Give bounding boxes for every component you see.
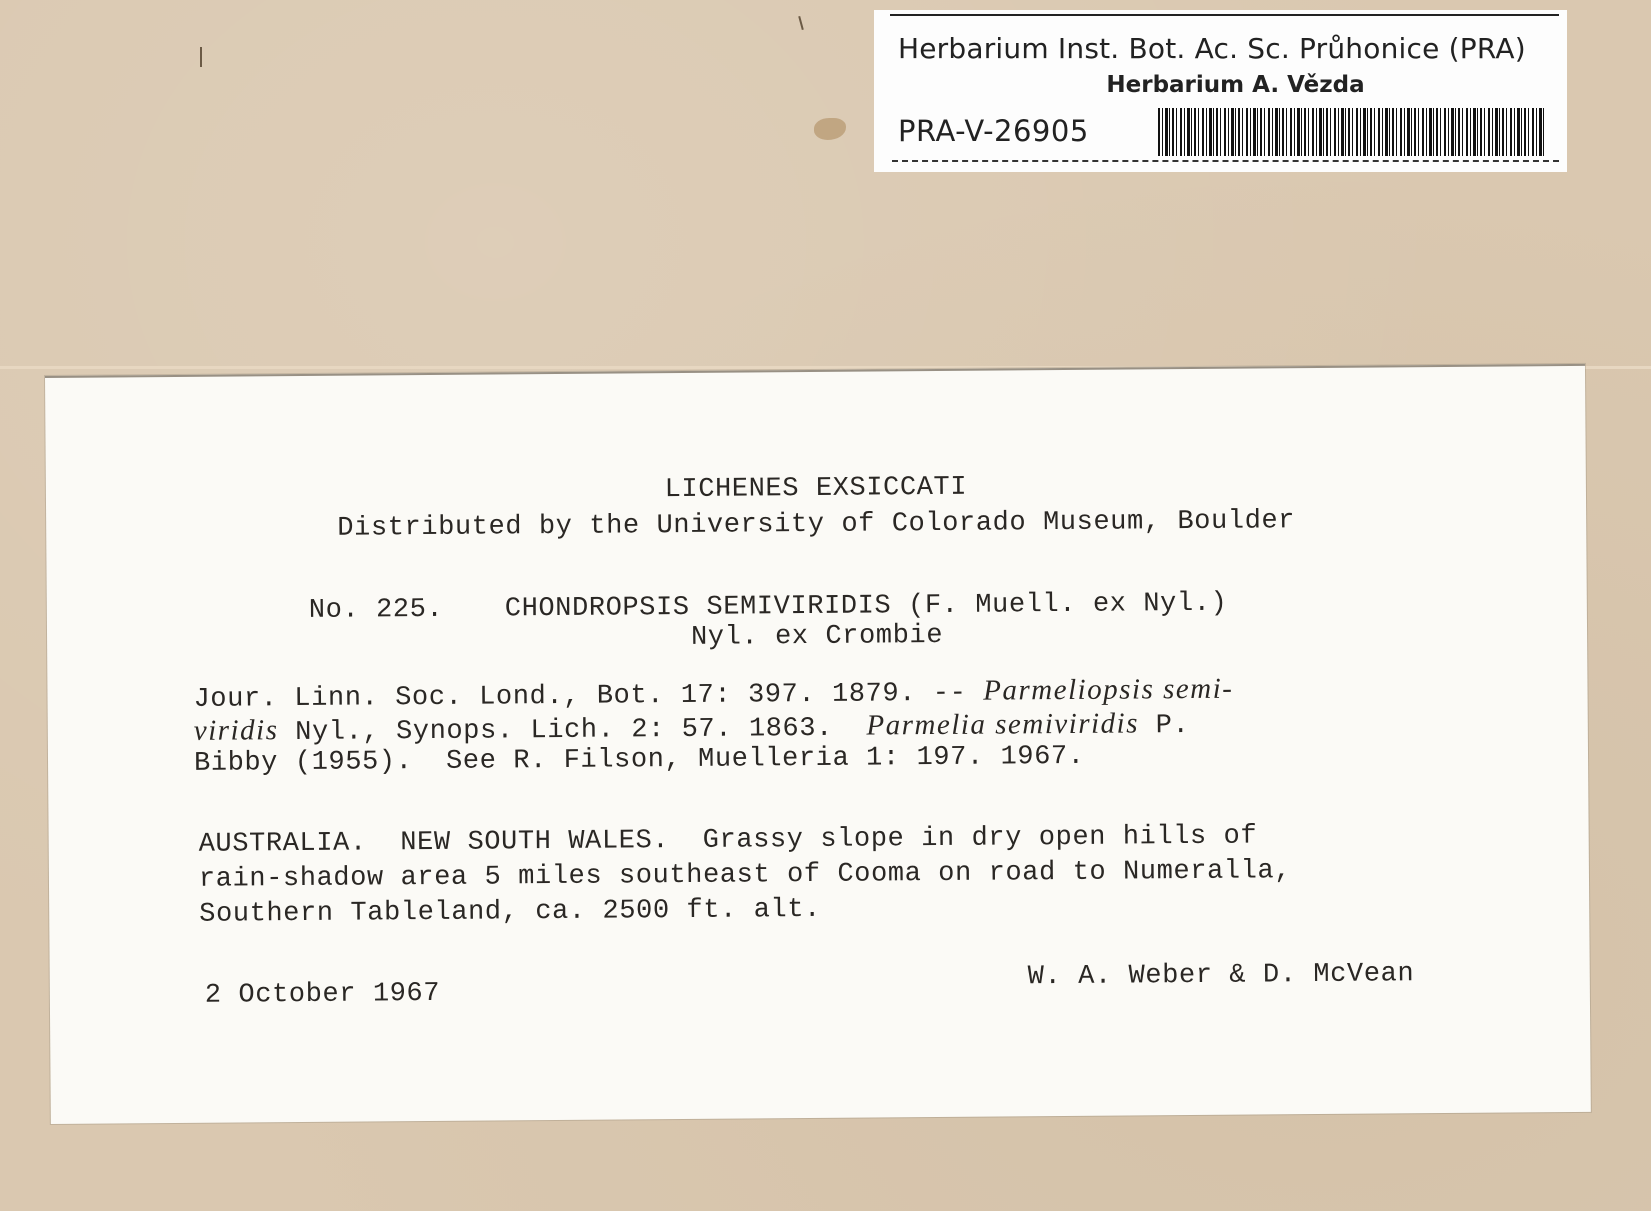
collection-name: Herbarium A. Vězda: [874, 72, 1567, 98]
exsiccata-label: LICHENES EXSICCATI Distributed by the Un…: [45, 364, 1591, 1124]
locality-line-2: rain-shadow area 5 miles southeast of Co…: [199, 856, 1291, 895]
distributor: Distributed by the University of Colorad…: [46, 504, 1586, 546]
citation-text: Nyl., Synops. Lich. 2: 57. 1863.: [278, 714, 866, 749]
herbarium-label: Herbarium Inst. Bot. Ac. Sc. Průhonice (…: [874, 10, 1567, 172]
cut-line: [892, 160, 1559, 162]
collection-date: 2 October 1967: [205, 979, 440, 1011]
accession-number: PRA-V-26905: [898, 114, 1089, 148]
synonym-italic: Parmeliopsis semi-: [983, 673, 1233, 707]
locality-line-1: AUSTRALIA. NEW SOUTH WALES. Grassy slope…: [199, 821, 1258, 859]
collectors: W. A. Weber & D. McVean: [1028, 959, 1415, 992]
paper-speck: [798, 16, 804, 30]
barcode-icon: [1158, 108, 1544, 156]
paper-speck: [200, 47, 202, 67]
series-title: LICHENES EXSICCATI: [46, 468, 1586, 510]
citation-line-3: Bibby (1955). See R. Filson, Muelleria 1…: [194, 742, 1085, 779]
label-top-rule: [890, 14, 1559, 16]
locality-line-3: Southern Tableland, ca. 2500 ft. alt.: [199, 895, 821, 930]
synonym-italic: Parmelia semiviridis: [866, 707, 1139, 741]
institution-name: Herbarium Inst. Bot. Ac. Sc. Průhonice (…: [898, 32, 1526, 65]
synonym-italic: viridis: [194, 714, 279, 747]
taxon-authority: Nyl. ex Crombie: [47, 616, 1587, 658]
paper-stain: [814, 118, 846, 140]
citation-text: P.: [1139, 711, 1190, 741]
exsiccata-number: No. 225.: [309, 595, 444, 626]
